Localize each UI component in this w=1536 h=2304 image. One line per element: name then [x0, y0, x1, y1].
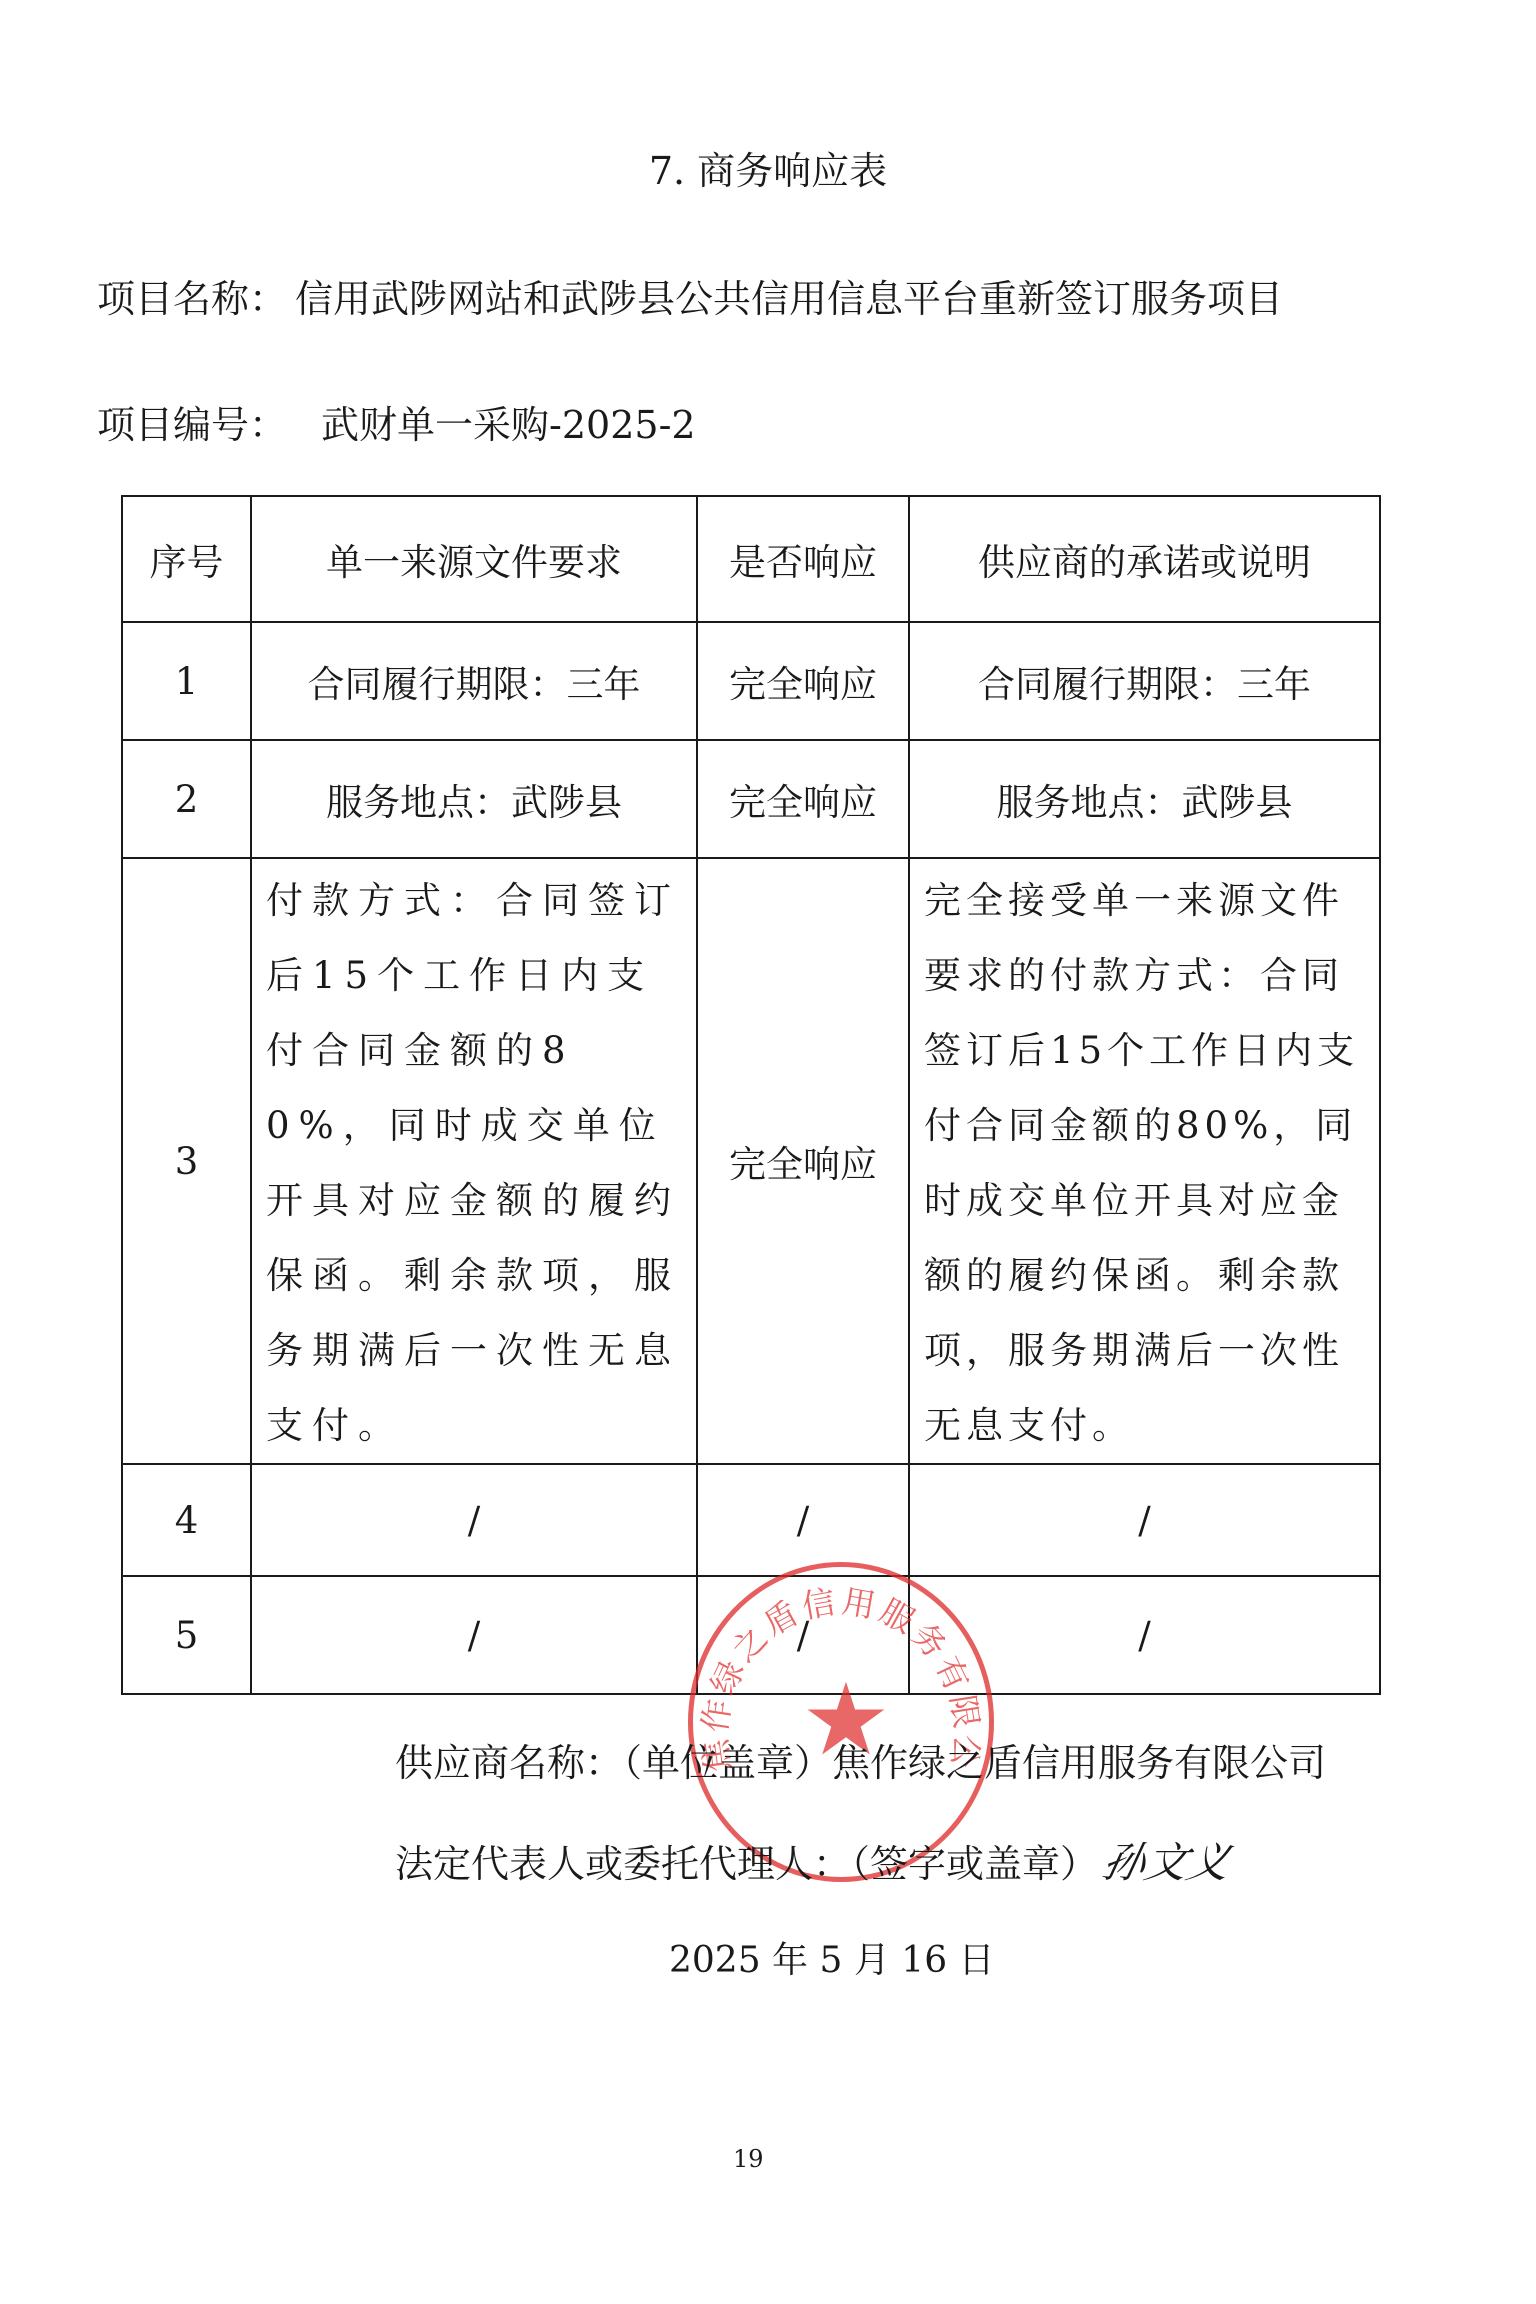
row-number: 1	[122, 622, 251, 740]
page-number: 19	[733, 2145, 764, 2173]
business-response-table: 序号 单一来源文件要求 是否响应 供应商的承诺或说明 1 合同履行期限：三年 完…	[121, 495, 1381, 1695]
handwritten-signature: 孙文义	[1098, 1830, 1237, 1890]
table-row: 1 合同履行期限：三年 完全响应 合同履行期限：三年	[122, 622, 1380, 740]
project-name-value: 信用武陟网站和武陟县公共信用信息平台重新签订服务项目	[295, 277, 1283, 321]
legal-rep-label: 法定代表人或委托代理人：（签字或盖章）	[395, 1842, 1098, 1886]
project-name-line: 项目名称：信用武陟网站和武陟县公共信用信息平台重新签订服务项目	[97, 268, 1283, 323]
row-number: 3	[122, 858, 251, 1464]
table-row: 4 / / /	[122, 1464, 1380, 1576]
table-row: 3 付款方式：合同签订后15个工作日内支付合同金额的80%，同时成交单位开具对应…	[122, 858, 1380, 1464]
supplier-line: 供应商名称：（单位盖章）焦作绿之盾信用服务有限公司	[395, 1732, 1326, 1787]
commitment-cell: 服务地点：武陟县	[909, 740, 1380, 858]
table-row: 2 服务地点：武陟县 完全响应 服务地点：武陟县	[122, 740, 1380, 858]
response-cell: /	[697, 1464, 909, 1576]
header-cell: 序号	[122, 496, 251, 622]
row-number: 5	[122, 1576, 251, 1694]
commitment-cell: 合同履行期限：三年	[909, 622, 1380, 740]
project-name-label: 项目名称：	[97, 277, 287, 321]
row-number: 4	[122, 1464, 251, 1576]
requirement-cell: /	[251, 1576, 697, 1694]
row-number: 2	[122, 740, 251, 858]
commitment-cell: /	[909, 1464, 1380, 1576]
response-cell: 完全响应	[697, 740, 909, 858]
signing-date: 2025 年 5 月 16 日	[669, 1932, 995, 1983]
supplier-name: 焦作绿之盾信用服务有限公司	[832, 1741, 1326, 1785]
requirement-cell: 服务地点：武陟县	[251, 740, 697, 858]
project-number-value: 武财单一采购-2025-2	[321, 403, 696, 447]
table-header-row: 序号 单一来源文件要求 是否响应 供应商的承诺或说明	[122, 496, 1380, 622]
project-number-label: 项目编号：	[97, 403, 287, 447]
requirement-cell: 付款方式：合同签订后15个工作日内支付合同金额的80%，同时成交单位开具对应金额…	[251, 858, 697, 1464]
page-title: 7. 商务响应表	[0, 140, 1536, 195]
response-cell: 完全响应	[697, 622, 909, 740]
response-cell: 完全响应	[697, 858, 909, 1464]
requirement-cell: /	[251, 1464, 697, 1576]
header-cell: 是否响应	[697, 496, 909, 622]
header-cell: 单一来源文件要求	[251, 496, 697, 622]
commitment-cell: 完全接受单一来源文件要求的付款方式：合同签订后15个工作日内支付合同金额的80%…	[909, 858, 1380, 1464]
header-cell: 供应商的承诺或说明	[909, 496, 1380, 622]
legal-representative-line: 法定代表人或委托代理人：（签字或盖章）孙文义	[395, 1830, 1230, 1890]
supplier-label: 供应商名称：（单位盖章）	[395, 1741, 832, 1785]
project-number-line: 项目编号：武财单一采购-2025-2	[97, 394, 696, 449]
requirement-cell: 合同履行期限：三年	[251, 622, 697, 740]
